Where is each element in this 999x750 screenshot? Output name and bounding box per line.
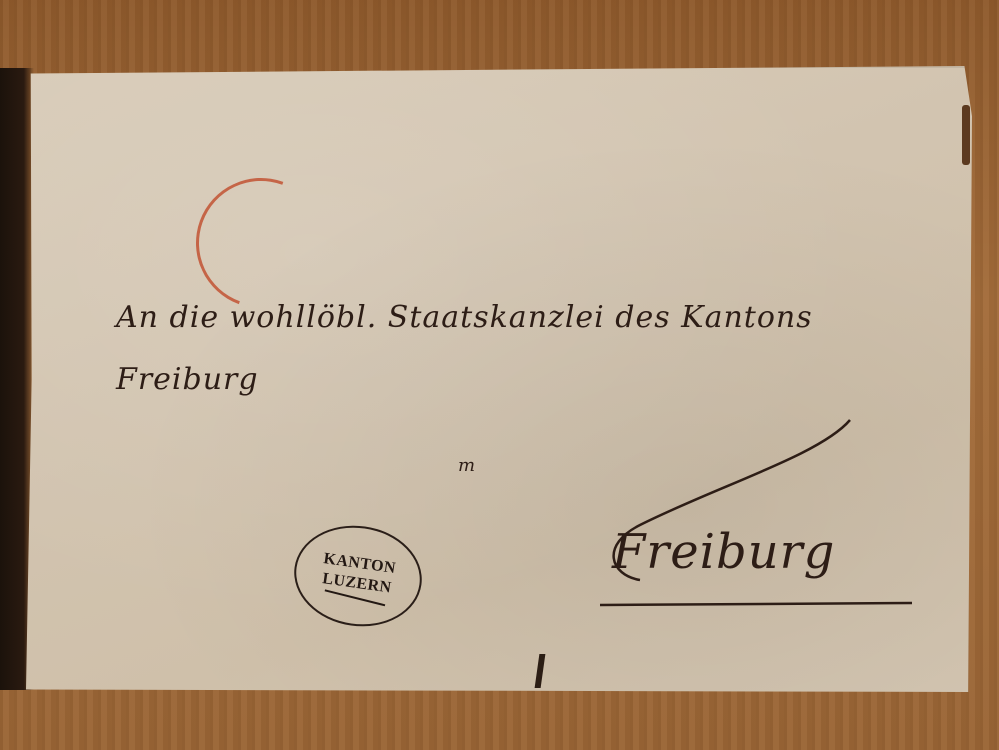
address-line-2: Freiburg — [116, 362, 259, 397]
destination-flourish — [600, 415, 920, 625]
address-line-1: An die wohllöbl. Staatskanzlei des Kanto… — [116, 300, 813, 335]
destination-city: Freiburg — [612, 524, 835, 580]
handwritten-mark: m — [458, 455, 475, 476]
paper-edge-curl — [962, 105, 970, 165]
